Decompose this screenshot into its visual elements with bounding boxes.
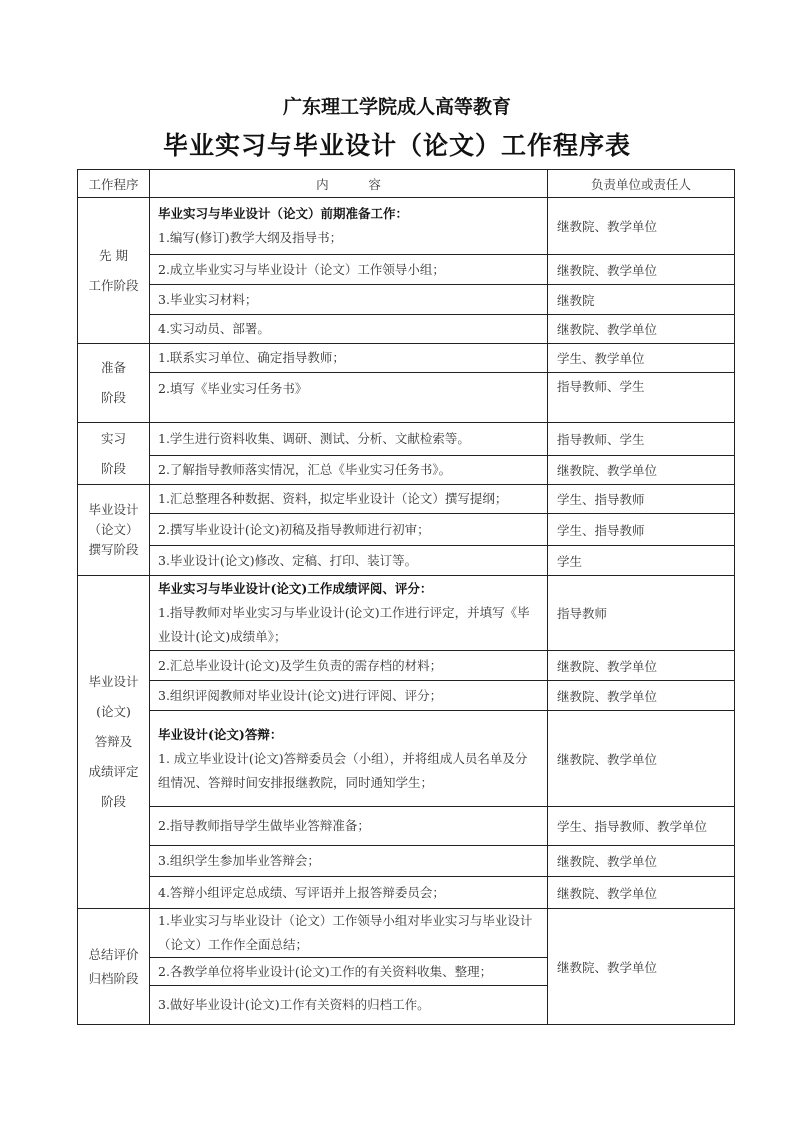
task-text: 2.各教学单位将毕业设计(论文)工作的有关资料收集、整理；: [150, 958, 548, 986]
responsible-cell: 继教院、教学单位: [548, 877, 735, 909]
responsible-cell: 指导教师、学生: [548, 423, 735, 456]
column-header-content: 内 容: [150, 170, 548, 198]
document-title: 毕业实习与毕业设计（论文）工作程序表: [0, 126, 794, 162]
table-row: 毕业设计 (论文) 答辩及 成绩评定 阶段 毕业实习与毕业设计(论文)工作成绩评…: [78, 576, 735, 651]
task-text: 2.撰写毕业设计(论文)初稿及指导教师进行初审；: [150, 514, 548, 546]
responsible-cell: 继教院、教学单位: [548, 315, 735, 344]
responsible-cell: 学生、教学单位: [548, 344, 735, 373]
responsible-cell: 学生、指导教师: [548, 485, 735, 514]
document-subtitle: 广东理工学院成人高等教育: [0, 92, 794, 119]
table-row: 实习 阶段 1.学生进行资料收集、调研、测试、分析、文献检索等。 指导教师、学生: [78, 423, 735, 456]
section-heading: 毕业设计(论文)答辩：: [158, 723, 539, 747]
responsible-cell: 学生: [548, 546, 735, 576]
column-header-stage: 工作程序: [78, 170, 150, 198]
stage-cell: 毕业设计 （论文） 撰写阶段: [78, 485, 150, 576]
task-text: 2.成立毕业实习与毕业设计（论文）工作领导小组；: [150, 255, 548, 285]
task-text: 3.毕业设计(论文)修改、定稿、打印、装订等。: [150, 546, 548, 576]
task-text: 2.填写《毕业实习任务书》: [150, 373, 548, 423]
responsible-cell: 指导教师、学生: [548, 373, 735, 423]
responsible-cell: 学生、指导教师、教学单位: [548, 807, 735, 846]
table-row: 2.填写《毕业实习任务书》 指导教师、学生: [78, 373, 735, 423]
task-text: 1. 成立毕业设计(论文)答辩委员会（小组），并将组成人员名单及分组情况、答辩时…: [158, 747, 539, 795]
column-header-responsible: 负责单位或责任人: [548, 170, 735, 198]
table-row: 3.组织学生参加毕业答辩会； 继教院、教学单位: [78, 846, 735, 877]
responsible-cell: 继教院: [548, 285, 735, 315]
section-heading: 毕业实习与毕业设计(论文)工作成绩评阅、评分：: [158, 577, 539, 601]
table-row: 3.毕业实习材料； 继教院: [78, 285, 735, 315]
task-text: 1.毕业实习与毕业设计（论文）工作领导小组对毕业实习与毕业设计（论文）工作作全面…: [150, 909, 548, 958]
stage-cell: 毕业设计 (论文) 答辩及 成绩评定 阶段: [78, 576, 150, 909]
table-row: 毕业设计 （论文） 撰写阶段 1.汇总整理各种数据、资料，拟定毕业设计（论文）撰…: [78, 485, 735, 514]
task-text: 2.汇总毕业设计(论文)及学生负责的需存档的材料；: [150, 651, 548, 681]
task-text: 1.汇总整理各种数据、资料，拟定毕业设计（论文）撰写提纲；: [150, 485, 548, 514]
table-row: 准备 阶段 1.联系实习单位、确定指导教师； 学生、教学单位: [78, 344, 735, 373]
responsible-cell: 继教院、教学单位: [548, 846, 735, 877]
task-text: 2.了解指导教师落实情况，汇总《毕业实习任务书》。: [150, 456, 548, 485]
responsible-cell: 继教院、教学单位: [548, 651, 735, 681]
task-text: 3.组织学生参加毕业答辩会；: [150, 846, 548, 877]
task-text: 1.指导教师对毕业实习与毕业设计(论文)工作进行评定，并填写《毕业设计(论文)成…: [158, 601, 539, 649]
task-text: 1.学生进行资料收集、调研、测试、分析、文献检索等。: [150, 423, 548, 456]
task-text: 1.编写(修订)教学大纲及指导书；: [158, 226, 539, 250]
task-text: 4.实习动员、部署。: [150, 315, 548, 344]
stage-cell: 先 期 工作阶段: [78, 198, 150, 344]
table-row: 2.成立毕业实习与毕业设计（论文）工作领导小组； 继教院、教学单位: [78, 255, 735, 285]
task-text: 3.组织评阅教师对毕业设计(论文)进行评阅、评分；: [150, 681, 548, 711]
responsible-cell: 学生、指导教师: [548, 514, 735, 546]
task-text: 1.联系实习单位、确定指导教师；: [150, 344, 548, 373]
section-heading: 毕业实习与毕业设计（论文）前期准备工作：: [158, 202, 539, 226]
table-row: 4.答辩小组评定总成绩、写评语并上报答辩委员会； 继教院、教学单位: [78, 877, 735, 909]
procedure-table: 工作程序 内 容 负责单位或责任人 先 期 工作阶段 毕业实习与毕业设计（论文）…: [77, 169, 735, 1025]
table-row: 2.了解指导教师落实情况，汇总《毕业实习任务书》。 继教院、教学单位: [78, 456, 735, 485]
responsible-cell: 继教院、教学单位: [548, 909, 735, 1025]
table-row: 4.实习动员、部署。 继教院、教学单位: [78, 315, 735, 344]
table-row: 毕业设计(论文)答辩：1. 成立毕业设计(论文)答辩委员会（小组），并将组成人员…: [78, 711, 735, 807]
table-row: 2.指导教师指导学生做毕业答辩准备； 学生、指导教师、教学单位: [78, 807, 735, 846]
table-header-row: 工作程序 内 容 负责单位或责任人: [78, 170, 735, 198]
responsible-cell: 继教院、教学单位: [548, 711, 735, 807]
stage-cell: 实习 阶段: [78, 423, 150, 485]
responsible-cell: 继教院、教学单位: [548, 681, 735, 711]
stage-cell: 准备 阶段: [78, 344, 150, 423]
table-row: 2.撰写毕业设计(论文)初稿及指导教师进行初审； 学生、指导教师: [78, 514, 735, 546]
responsible-cell: 指导教师: [548, 576, 735, 651]
task-text: 3.毕业实习材料；: [150, 285, 548, 315]
responsible-cell: 继教院、教学单位: [548, 255, 735, 285]
task-text: 2.指导教师指导学生做毕业答辩准备；: [150, 807, 548, 846]
responsible-cell: 继教院、教学单位: [548, 456, 735, 485]
table-row: 3.毕业设计(论文)修改、定稿、打印、装订等。 学生: [78, 546, 735, 576]
table-row: 总结评价 归档阶段 1.毕业实习与毕业设计（论文）工作领导小组对毕业实习与毕业设…: [78, 909, 735, 958]
table-row: 3.组织评阅教师对毕业设计(论文)进行评阅、评分； 继教院、教学单位: [78, 681, 735, 711]
task-text: 4.答辩小组评定总成绩、写评语并上报答辩委员会；: [150, 877, 548, 909]
responsible-cell: 继教院、教学单位: [548, 198, 735, 255]
task-text: 3.做好毕业设计(论文)工作有关资料的归档工作。: [150, 986, 548, 1025]
table-row: 2.汇总毕业设计(论文)及学生负责的需存档的材料； 继教院、教学单位: [78, 651, 735, 681]
stage-cell: 总结评价 归档阶段: [78, 909, 150, 1025]
table-row: 先 期 工作阶段 毕业实习与毕业设计（论文）前期准备工作：1.编写(修订)教学大…: [78, 198, 735, 255]
